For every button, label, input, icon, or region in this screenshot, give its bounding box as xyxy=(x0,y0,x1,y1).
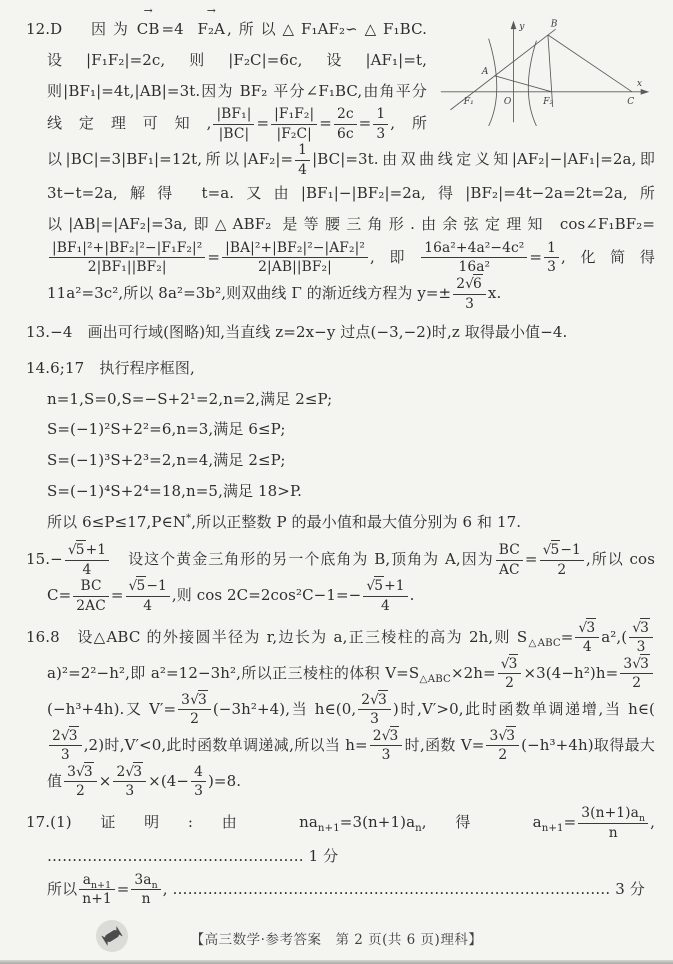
text-run: 15.− xyxy=(26,550,63,568)
text-run: x. xyxy=(488,284,501,302)
answer-item-16: 16.8 设△ABC 的外接圆半径为 r,边长为 a,正三棱柱的高为 2h,则 … xyxy=(26,620,655,800)
fraction: 2c6c xyxy=(334,106,357,142)
focus1-label: F₁ xyxy=(463,97,474,107)
fraction: √5−12 xyxy=(540,542,584,578)
fraction: 3√32 xyxy=(620,656,653,692)
sqrt-radical: √5 xyxy=(543,542,561,558)
answer-item-15: 15.−√5+14 设这个黄金三角形的另一个底角为 B,顶角为 A,因为BCAC… xyxy=(26,542,655,614)
fraction: √5−14 xyxy=(126,578,170,614)
text-run: 时,函数 V= xyxy=(404,736,484,754)
fraction: √34 xyxy=(575,620,599,656)
text-run: = xyxy=(117,880,130,898)
fraction: 2√33 xyxy=(49,728,82,764)
item-14-paragraph: 14.6;17 执行程序框图, xyxy=(26,353,655,384)
vector-overline: F₂A xyxy=(197,14,225,45)
fraction: 3√32 xyxy=(178,692,211,728)
fraction: √5+14 xyxy=(65,542,109,578)
fraction: 2√33 xyxy=(370,728,403,764)
text-run: = xyxy=(319,114,332,132)
item-14-step-2: S=(−1)²S+2²=6,n=3,满足 6≤P; xyxy=(26,414,655,445)
point-c-label: C xyxy=(627,97,634,107)
scanned-answer-page: y x F₁ O F₂ C A B 12.D 因为CB=4 F₂A,所以△F₁A… xyxy=(0,0,673,964)
text-run: 16.8 设△ABC 的外接圆半径为 r,边长为 a,正三棱柱的高为 2h,则 … xyxy=(26,628,573,646)
text-run: ×(4− xyxy=(148,772,189,790)
answer-item-14: 14.6;17 执行程序框图, n=1,S=0,S=−S+2¹=2,n=2,满足… xyxy=(26,353,655,538)
fraction: 3ann xyxy=(131,872,160,908)
x-axis-arrow xyxy=(641,89,650,95)
item-12-paragraph: y x F₁ O F₂ C A B 12.D 因为CB=4 F₂A,所以△F₁A… xyxy=(26,14,655,312)
text-run: 所以 6≤P≤17,P∈N*,所以正整数 P 的最小值和最大值分别为 6 和 1… xyxy=(47,513,521,531)
fraction: 2√63 xyxy=(453,276,486,312)
page-footer: 【高三数学·参考答案 第 2 页(共 6 页)理科】 xyxy=(0,928,673,948)
hyperbola-diagram: y x F₁ O F₂ C A B xyxy=(437,14,655,126)
text-run: )时,V′>0,此时函数单调递增,当 h∈( xyxy=(393,700,655,718)
text-run: = xyxy=(525,550,538,568)
footer-text: 【高三数学·参考答案 第 2 页(共 6 页)理科】 xyxy=(191,932,483,948)
answer-item-13: 13.−4 画出可行域(图略)知,当直线 z=2x−y 过点(−3,−2)时,z… xyxy=(26,317,655,348)
text-run: . xyxy=(410,587,415,605)
point-a-label: A xyxy=(481,67,489,77)
fraction: 14 xyxy=(295,142,310,178)
text-run: 17.(1)证明:由 nan+1=3(n+1)an,得 an+1= xyxy=(26,813,576,831)
text-run: , …………………………………………………………………………… 3 分 xyxy=(163,880,645,898)
text-run: = xyxy=(111,587,124,605)
x-axis-label: x xyxy=(637,79,642,89)
text-run: 13.−4 画出可行域(图略)知,当直线 z=2x−y 过点(−3,−2)时,z… xyxy=(26,323,567,341)
fraction: 3(n+1)ann xyxy=(578,805,648,841)
sqrt-radical: √3 xyxy=(370,692,388,708)
text-run: a)²=2²−h²,即 a²=12−3h²,所以正三棱柱的体积 V=S△ABC×… xyxy=(47,664,496,682)
text-run: S=(−1)²S+2²=6,n=3,满足 6≤P; xyxy=(47,420,286,438)
sqrt-radical: √5 xyxy=(68,542,86,558)
text-run: a²,( xyxy=(601,628,627,646)
text-run: 所以 xyxy=(47,880,77,898)
sqrt-radical: √5 xyxy=(366,578,384,594)
text-run: × xyxy=(99,772,112,790)
sqrt-radical: √3 xyxy=(632,656,650,672)
text-run: = xyxy=(529,248,542,266)
item-15-paragraph: 15.−√5+14 设这个黄金三角形的另一个底角为 B,顶角为 A,因为BCAC… xyxy=(26,542,655,614)
item-16-paragraph: 16.8 设△ABC 的外接圆半径为 r,边长为 a,正三棱柱的高为 2h,则 … xyxy=(26,620,655,800)
sqrt-radical: √6 xyxy=(465,276,483,292)
sqrt-radical: √3 xyxy=(190,692,208,708)
fraction: √33 xyxy=(629,620,653,656)
item-14-step-4: S=(−1)⁴S+2⁴=18,n=5,满足 18>P. xyxy=(26,476,655,507)
text-run: 14.6;17 执行程序框图, xyxy=(26,359,195,377)
answer-item-17: 17.(1)证明:由 nan+1=3(n+1)an,得 an+1=3(n+1)a… xyxy=(26,805,655,908)
sqrt-radical: √3 xyxy=(61,728,79,744)
text-run: S=(−1)³S+2³=2,n=4,满足 2≤P; xyxy=(47,451,286,469)
text-run: 设这个黄金三角形的另一个底角为 B,顶角为 A,因为 xyxy=(111,550,494,568)
sqrt-radical: √3 xyxy=(632,620,650,636)
text-run: 12.D 因为 xyxy=(26,20,135,38)
text-run: = xyxy=(256,114,269,132)
fraction: 43 xyxy=(191,764,206,800)
sqrt-radical: √3 xyxy=(382,728,400,744)
item-17-proof-line-2: 所以an+1n+1=3ann, ………………………………………………………………… xyxy=(26,872,655,908)
text-run: n=1,S=0,S=−S+2¹=2,n=2,满足 2≤P; xyxy=(47,390,332,408)
text-run: = xyxy=(359,114,372,132)
fraction: 16a²+4a²−4c²16a² xyxy=(421,240,527,276)
fraction: BCAC xyxy=(496,542,523,578)
sqrt-radical: √5 xyxy=(129,578,147,594)
fraction: 2√33 xyxy=(113,764,146,800)
fraction: 3√32 xyxy=(486,728,519,764)
text-run: ,则 cos 2C=2cos²C−1=− xyxy=(172,587,361,605)
item-17-proof-line-1: 17.(1)证明:由 nan+1=3(n+1)an,得 an+1=3(n+1)a… xyxy=(26,805,655,872)
text-run: ,即 xyxy=(370,248,419,266)
sqrt-radical: √3 xyxy=(125,764,143,780)
fraction: 3√32 xyxy=(64,764,97,800)
fraction: |BF₁|²+|BF₂|²−|F₁F₂|²2|BF₁||BF₂| xyxy=(49,240,205,276)
fraction: √32 xyxy=(498,656,522,692)
fraction: 13 xyxy=(544,240,559,276)
sqrt-radical: √3 xyxy=(498,728,516,744)
sqrt-radical: √3 xyxy=(76,764,94,780)
item-14-step-1: n=1,S=0,S=−S+2¹=2,n=2,满足 2≤P; xyxy=(26,384,655,415)
item-13-paragraph: 13.−4 画出可行域(图略)知,当直线 z=2x−y 过点(−3,−2)时,z… xyxy=(26,317,655,348)
fraction: |F₁F₂||F₂C| xyxy=(271,106,317,142)
hyperbola-figure: y x F₁ O F₂ C A B xyxy=(437,14,655,126)
text-run: =4 xyxy=(162,20,196,38)
fraction: |BF₁||BC| xyxy=(213,106,254,142)
fraction: √5+14 xyxy=(363,578,407,614)
text-run: (−h³+4h).又 V′= xyxy=(47,700,176,718)
text-run: (−3h²+4),当 h∈(0, xyxy=(213,700,356,718)
point-b-label: B xyxy=(550,19,558,29)
item-14-conclusion: 所以 6≤P≤17,P∈N*,所以正整数 P 的最小值和最大值分别为 6 和 1… xyxy=(26,507,655,538)
fraction: |BA|²+|BF₂|²−|AF₂|²2|AB||BF₂| xyxy=(222,240,368,276)
answer-document: y x F₁ O F₂ C A B 12.D 因为CB=4 F₂A,所以△F₁A… xyxy=(0,0,673,908)
vector-overline: CB xyxy=(137,14,160,45)
fraction: an+1n+1 xyxy=(79,872,115,908)
text-run: = xyxy=(207,248,220,266)
text-run: ,2)时,V′<0,此时函数单调递减,所以当 h= xyxy=(84,736,368,754)
fraction: BC2AC xyxy=(73,578,109,614)
sqrt-radical: √3 xyxy=(501,656,519,672)
y-axis-label: y xyxy=(518,22,525,32)
text-run: S=(−1)⁴S+2⁴=18,n=5,满足 18>P. xyxy=(47,482,302,500)
item-14-step-3: S=(−1)³S+2³=2,n=4,满足 2≤P; xyxy=(26,445,655,476)
focus2-label: F₂ xyxy=(542,97,553,107)
fraction: 13 xyxy=(373,106,388,142)
sqrt-radical: √3 xyxy=(578,620,596,636)
y-axis-arrow xyxy=(511,21,517,30)
answer-item-12: y x F₁ O F₂ C A B 12.D 因为CB=4 F₂A,所以△F₁A… xyxy=(26,14,655,312)
candy-logo-icon xyxy=(94,918,130,954)
text-run: )=8. xyxy=(208,772,241,790)
text-run: ×3(4−h²)h= xyxy=(523,664,618,682)
origin-label: O xyxy=(504,97,512,107)
fraction: 2√33 xyxy=(358,692,391,728)
